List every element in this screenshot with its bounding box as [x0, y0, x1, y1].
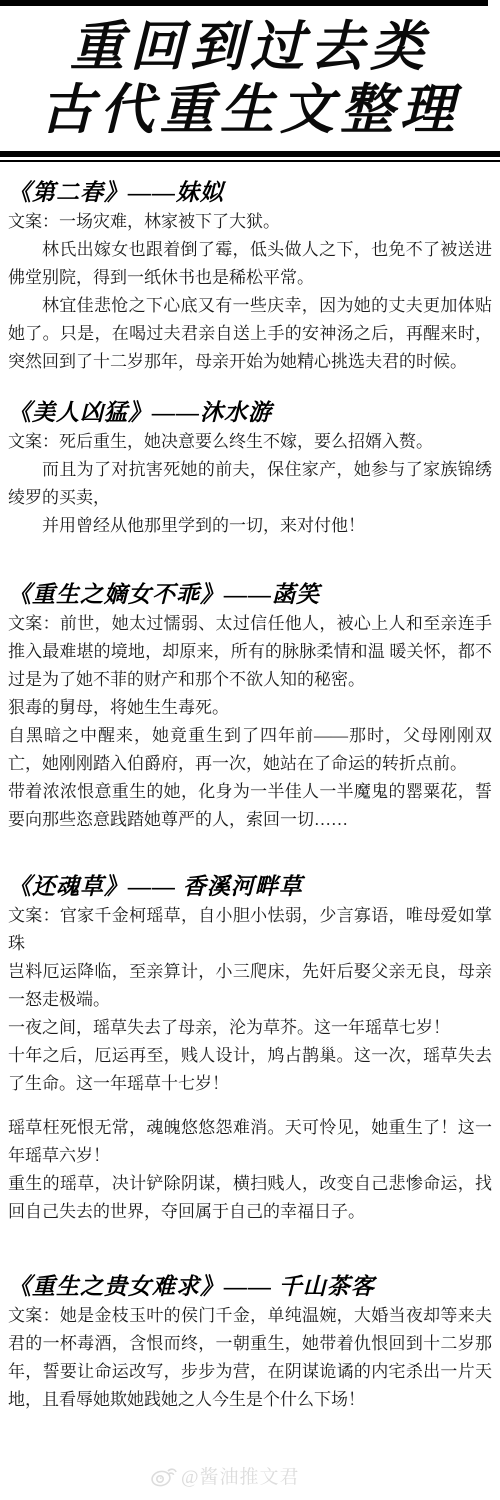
book-list: 《第二春》——妹姒 文案：一场灾难，林家被下了大狱。 林氏出嫁女也跟着倒了霉，低… — [0, 178, 500, 1414]
section-heading: 《还魂草》—— 香溪河畔草 — [8, 872, 492, 902]
synopsis-paragraph: 十年之后，厄运再至，贱人设计，鸠占鹊巢。这一次，瑶草失去了生命。这一年瑶草十七岁… — [8, 1042, 492, 1098]
book-title: 《第二春》 — [8, 180, 128, 205]
synopsis-paragraph: 文案：她是金枝玉叶的侯门千金，单纯温婉，大婚当夜却等来夫君的一杯毒酒，含恨而终，… — [8, 1302, 492, 1414]
synopsis-paragraph: 一夜之间，瑶草失去了母亲，沦为草芥。这一年瑶草七岁！ — [8, 1014, 492, 1042]
section-heading: 《第二春》——妹姒 — [8, 178, 492, 208]
document-page: 重回到过去类 古代重生文整理 《第二春》——妹姒 文案：一场灾难，林家被下了大狱… — [0, 0, 500, 1500]
dash-separator: —— — [224, 1274, 279, 1299]
author-name: 香溪河畔草 — [183, 874, 303, 899]
weibo-icon — [150, 1465, 177, 1487]
synopsis-paragraph: 林宜佳悲怆之下心底又有一些庆幸，因为她的丈夫更加体贴她了。只是，在喝过夫君亲自送… — [8, 292, 492, 376]
synopsis-paragraph: 狠毒的舅母，将她生生毒死。 — [8, 694, 492, 722]
dash-separator: —— — [128, 180, 176, 205]
synopsis-paragraph: 文案：死后重生，她决意要么终生不嫁，要么招婿入赘。 — [8, 428, 492, 456]
main-title: 重回到过去类 古代重生文整理 — [0, 16, 500, 142]
synopsis-paragraph: 文案：一场灾难，林家被下了大狱。 — [8, 208, 492, 236]
synopsis-paragraph: 瑶草枉死恨无常，魂魄悠悠怨难消。天可怜见，她重生了！这一年瑶草六岁！ — [8, 1114, 492, 1170]
author-name: 沐水游 — [200, 400, 272, 425]
section-heading: 《重生之贵女难求》—— 千山茶客 — [8, 1272, 492, 1302]
watermark: @酱油推文君 — [150, 1462, 300, 1489]
dash-separator: —— — [128, 874, 183, 899]
book-section-4: 《还魂草》—— 香溪河畔草 文案：官家千金柯瑶草，自小胆小怯弱，少言寡语，唯母爱… — [8, 872, 492, 1226]
synopsis-paragraph: 文案：前世，她太过懦弱、太过信任他人，被心上人和至亲连手推入最难堪的境地，却原来… — [8, 610, 492, 694]
synopsis-paragraph: 林氏出嫁女也跟着倒了霉，低头做人之下，也免不了被送进佛堂别院，得到一纸休书也是稀… — [8, 236, 492, 292]
author-name: 千山茶客 — [279, 1274, 375, 1299]
book-title: 《美人凶猛》 — [8, 400, 152, 425]
watermark-handle: @酱油推文君 — [181, 1462, 300, 1489]
synopsis-paragraph: 文案：官家千金柯瑶草，自小胆小怯弱，少言寡语，唯母爱如掌珠 — [8, 902, 492, 958]
book-title: 《重生之嫡女不乖》 — [8, 582, 224, 607]
dash-separator: —— — [152, 400, 200, 425]
dash-separator: —— — [224, 582, 272, 607]
section-heading: 《美人凶猛》——沐水游 — [8, 398, 492, 428]
synopsis-paragraph: 而且为了对抗害死她的前夫，保住家产，她参与了家族锦绣绫罗的买卖， — [8, 456, 492, 512]
section-heading: 《重生之嫡女不乖》——菡笑 — [8, 580, 492, 610]
synopsis-paragraph: 岂料厄运降临，至亲算计，小三爬床，先奸后娶父亲无良，母亲一怒走极端。 — [8, 958, 492, 1014]
synopsis-paragraph: 自黑暗之中醒来，她竟重生到了四年前——那时，父母刚刚双亡，她刚刚踏入伯爵府，再一… — [8, 722, 492, 778]
main-title-line-2: 古代重生文整理 — [0, 79, 500, 142]
top-rule-bar — [0, 0, 488, 6]
author-name: 妹姒 — [176, 180, 224, 205]
title-divider-rule — [0, 151, 500, 162]
book-section-5: 《重生之贵女难求》—— 千山茶客 文案：她是金枝玉叶的侯门千金，单纯温婉，大婚当… — [8, 1272, 492, 1414]
main-title-line-1: 重回到过去类 — [0, 16, 500, 79]
synopsis-paragraph: 重生的瑶草，决计铲除阴谋，横扫贱人，改变自己悲惨命运，找回自己失去的世界，夺回属… — [8, 1170, 492, 1226]
book-section-2: 《美人凶猛》——沐水游 文案：死后重生，她决意要么终生不嫁，要么招婿入赘。 而且… — [8, 398, 492, 540]
book-section-3: 《重生之嫡女不乖》——菡笑 文案：前世，她太过懦弱、太过信任他人，被心上人和至亲… — [8, 580, 492, 834]
author-name: 菡笑 — [272, 582, 320, 607]
book-title: 《重生之贵女难求》 — [8, 1274, 224, 1299]
synopsis-paragraph: 带着浓浓恨意重生的她，化身为一半佳人一半魔鬼的罂粟花，誓要向那些恣意践踏她尊严的… — [8, 778, 492, 834]
book-title: 《还魂草》 — [8, 874, 128, 899]
synopsis-paragraph: 并用曾经从他那里学到的一切，来对付他！ — [8, 512, 492, 540]
book-section-1: 《第二春》——妹姒 文案：一场灾难，林家被下了大狱。 林氏出嫁女也跟着倒了霉，低… — [8, 178, 492, 376]
